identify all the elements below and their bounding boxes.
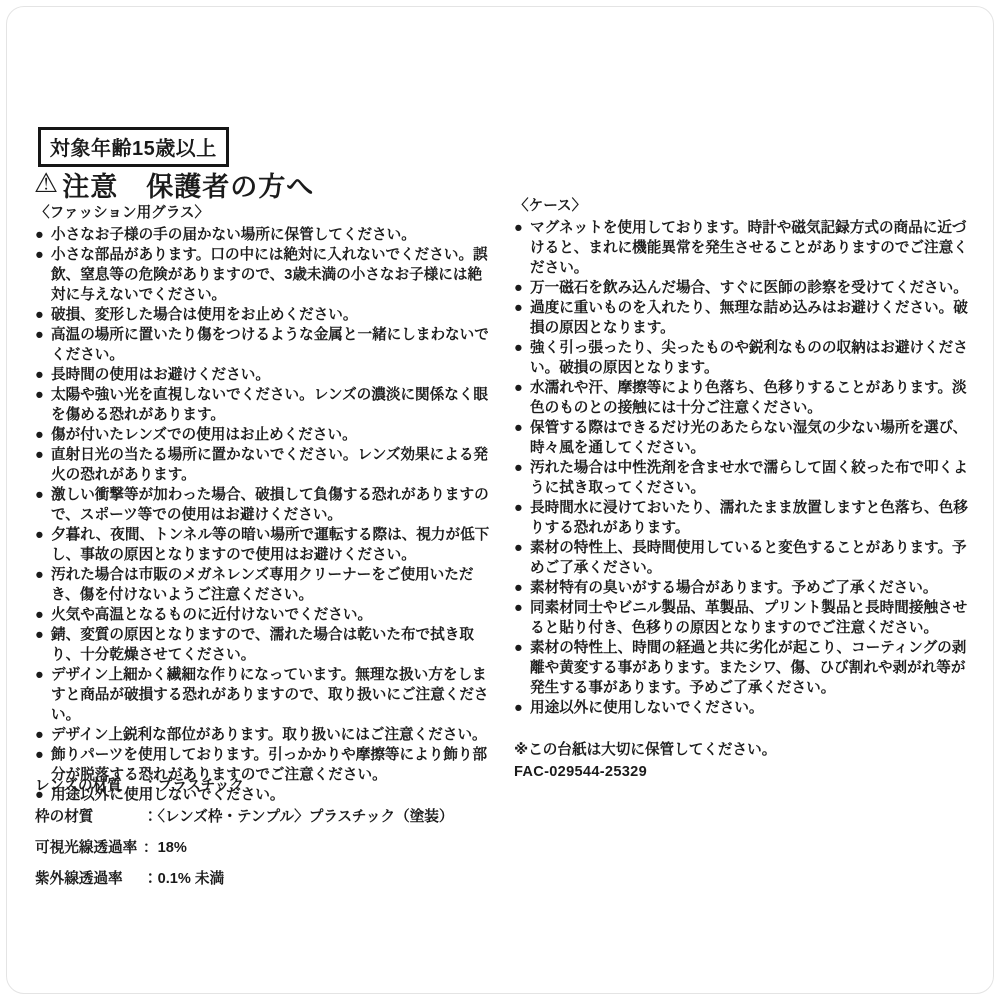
age-restriction-label: 対象年齢15歳以上 [50,138,217,160]
warning-item-text: 素材の特性上、時間の経過と共に劣化が起こり、コーティングの剥離や黄変する事があり… [530,638,968,698]
warning-item: ● 破損、変形した場合は使用をお止めください。 [35,305,493,325]
warning-item-text: 素材特有の臭いがする場合があります。予めご了承ください。 [530,578,968,598]
footer-block: ※この台紙は大切に保管してください。 FAC-029544-25329 [514,739,968,783]
case-warning-list: ● マグネットを使用しております。時計や磁気記録方式の商品に近づけると、まれに機… [514,218,968,718]
spec-value: ：0.1% 未満 [143,869,453,889]
warning-item-text: 錆、変質の原因となりますので、濡れた場合は乾いた布で拭き取り、十分乾燥させてくだ… [51,625,493,665]
warning-item-text: マグネットを使用しております。時計や磁気記録方式の商品に近づけると、まれに機能異… [530,218,968,278]
bullet-icon: ● [514,498,530,518]
caution-heading-text: 注意 保護者の方へ [62,165,314,204]
warning-item-text: 長時間水に浸けておいたり、濡れたまま放置しますと色落ち、色移りする恐れがあります… [530,498,968,538]
glasses-section: 〈ファッション用グラス〉 ● 小さなお子様の手の届かない場所に保管してください。… [35,203,493,805]
warning-item-text: 汚れた場合は中性洗剤を含ませ水で濡らして固く絞った布で叩くように拭き取ってくださ… [530,458,968,498]
warning-item: ● デザイン上細かく繊細な作りになっています。無理な扱い方をしますと商品が破損す… [35,665,493,725]
bullet-icon: ● [514,278,530,298]
warning-item: ● 直射日光の当たる場所に置かないでください。レンズ効果による発火の恐れがありま… [35,445,493,485]
warning-item-text: 火気や高温となるものに近付けないでください。 [51,605,493,625]
warning-item: ● 小さなお子様の手の届かない場所に保管してください。 [35,225,493,245]
spec-label: レンズの材質 [35,776,143,796]
warning-item: ● 万一磁石を飲み込んだ場合、すぐに医師の診察を受けてください。 [514,278,968,298]
spec-value: ：〈レンズ枠・テンプル〉プラスチック（塗装） [143,807,453,827]
bullet-icon: ● [514,218,530,238]
warning-item: ● 激しい衝撃等が加わった場合、破損して負傷する恐れがありますので、スポーツ等で… [35,485,493,525]
warning-item: ● 傷が付いたレンズでの使用はお止めください。 [35,425,493,445]
warning-item: ● 汚れた場合は中性洗剤を含ませ水で濡らして固く絞った布で叩くように拭き取ってく… [514,458,968,498]
warning-triangle-icon: ⚠ [34,170,59,197]
case-section: 〈ケース〉 ● マグネットを使用しております。時計や磁気記録方式の商品に近づける… [514,196,968,783]
bullet-icon: ● [35,365,51,385]
warning-item: ● 保管する際はできるだけ光のあたらない湿気の少ない場所を選び、時々風を通してく… [514,418,968,458]
warning-item: ● 用途以外に使用しないでください。 [514,698,968,718]
caution-sheet: 対象年齢15歳以上 ⚠ 注意 保護者の方へ 〈ファッション用グラス〉 ● 小さな… [0,0,1000,1000]
bullet-icon: ● [35,725,51,745]
warning-item-text: 過度に重いものを入れたり、無理な詰め込みはお避けください。破損の原因となります。 [530,298,968,338]
warning-item-text: 直射日光の当たる場所に置かないでください。レンズ効果による発火の恐れがあります。 [51,445,493,485]
warning-item-text: 太陽や強い光を直視しないでください。レンズの濃淡に関係なく眼を傷める恐れがありま… [51,385,493,425]
warning-item-text: 汚れた場合は市販のメガネレンズ専用クリーナーをご使用いただき、傷を付けないようご… [51,565,493,605]
warning-item-text: 小さなお子様の手の届かない場所に保管してください。 [51,225,493,245]
material-specs: レンズの材質 ：プラスチック 枠の材質 ：〈レンズ枠・テンプル〉プラスチック（塗… [35,776,453,900]
warning-item-text: 保管する際はできるだけ光のあたらない湿気の少ない場所を選び、時々風を通してくださ… [530,418,968,458]
bullet-icon: ● [514,378,530,398]
bullet-icon: ● [35,525,51,545]
bullet-icon: ● [35,445,51,465]
bullet-icon: ● [35,225,51,245]
bullet-icon: ● [35,325,51,345]
bullet-icon: ● [514,298,530,318]
warning-item-text: 長時間の使用はお避けください。 [51,365,493,385]
bullet-icon: ● [35,245,51,265]
warning-item-text: 強く引っ張ったり、尖ったものや鋭利なものの収納はお避けください。破損の原因となり… [530,338,968,378]
warning-item: ● 長時間の使用はお避けください。 [35,365,493,385]
spec-label: 可視光線透過率 [35,838,143,858]
warning-item-text: 高温の場所に置いたり傷をつけるような金属と一緒にしまわないでください。 [51,325,493,365]
warning-item: ● 錆、変質の原因となりますので、濡れた場合は乾いた布で拭き取り、十分乾燥させて… [35,625,493,665]
warning-item-text: 激しい衝撃等が加わった場合、破損して負傷する恐れがありますので、スポーツ等での使… [51,485,493,525]
spec-label: 紫外線透過率 [35,869,143,889]
warning-item: ● 素材の特性上、長時間使用していると変色することがあります。予めご了承ください… [514,538,968,578]
warning-item: ● 長時間水に浸けておいたり、濡れたまま放置しますと色落ち、色移りする恐れがあり… [514,498,968,538]
warning-item-text: 水濡れや汗、摩擦等により色落ち、色移りすることがあります。淡色のものとの接触には… [530,378,968,418]
bullet-icon: ● [514,598,530,618]
warning-item: ● 水濡れや汗、摩擦等により色落ち、色移りすることがあります。淡色のものとの接触… [514,378,968,418]
bullet-icon: ● [35,665,51,685]
bullet-icon: ● [514,538,530,558]
spec-value: ：プラスチック [143,776,453,796]
bullet-icon: ● [35,305,51,325]
bullet-icon: ● [514,458,530,478]
bullet-icon: ● [35,605,51,625]
warning-item-text: 用途以外に使用しないでください。 [530,698,968,718]
warning-item: ● デザイン上鋭利な部位があります。取り扱いにはご注意ください。 [35,725,493,745]
spec-row: 枠の材質 ：〈レンズ枠・テンプル〉プラスチック（塗装） [35,807,453,827]
warning-item: ● 高温の場所に置いたり傷をつけるような金属と一緒にしまわないでください。 [35,325,493,365]
bullet-icon: ● [35,485,51,505]
spec-value: ：18% [143,838,453,858]
warning-item-text: 素材の特性上、長時間使用していると変色することがあります。予めご了承ください。 [530,538,968,578]
warning-item: ● 過度に重いものを入れたり、無理な詰め込みはお避けください。破損の原因となりま… [514,298,968,338]
storage-note: ※この台紙は大切に保管してください。 [514,739,968,761]
bullet-icon: ● [35,745,51,765]
bullet-icon: ● [514,698,530,718]
warning-item-text: 同素材同士やビニル製品、革製品、プリント製品と長時間接触させると貼り付き、色移り… [530,598,968,638]
warning-item: ● 太陽や強い光を直視しないでください。レンズの濃淡に関係なく眼を傷める恐れがあ… [35,385,493,425]
glasses-warning-list: ● 小さなお子様の手の届かない場所に保管してください。 ● 小さな部品があります… [35,225,493,805]
warning-item-text: 小さな部品があります。口の中には絶対に入れないでください。誤飲、窒息等の危険があ… [51,245,493,305]
bullet-icon: ● [35,385,51,405]
bullet-icon: ● [35,565,51,585]
warning-item-text: デザイン上鋭利な部位があります。取り扱いにはご注意ください。 [51,725,493,745]
warning-item-text: 夕暮れ、夜間、トンネル等の暗い場所で運転する際は、視力が低下し、事故の原因となり… [51,525,493,565]
warning-item: ● 小さな部品があります。口の中には絶対に入れないでください。誤飲、窒息等の危険… [35,245,493,305]
spec-row: レンズの材質 ：プラスチック [35,776,453,796]
warning-item-text: 破損、変形した場合は使用をお止めください。 [51,305,493,325]
warning-item: ● 汚れた場合は市販のメガネレンズ専用クリーナーをご使用いただき、傷を付けないよ… [35,565,493,605]
warning-item: ● 同素材同士やビニル製品、革製品、プリント製品と長時間接触させると貼り付き、色… [514,598,968,638]
spec-row: 紫外線透過率 ：0.1% 未満 [35,869,453,889]
warning-item: ● 夕暮れ、夜間、トンネル等の暗い場所で運転する際は、視力が低下し、事故の原因と… [35,525,493,565]
caution-heading: ⚠ 注意 保護者の方へ [34,165,314,204]
warning-item: ● マグネットを使用しております。時計や磁気記録方式の商品に近づけると、まれに機… [514,218,968,278]
bullet-icon: ● [514,578,530,598]
warning-item: ● 素材の特性上、時間の経過と共に劣化が起こり、コーティングの剥離や黄変する事が… [514,638,968,698]
section-title-glasses: 〈ファッション用グラス〉 [35,203,493,223]
bullet-icon: ● [514,338,530,358]
spec-row: 可視光線透過率 ：18% [35,838,453,858]
warning-item: ● 素材特有の臭いがする場合があります。予めご了承ください。 [514,578,968,598]
warning-item-text: 万一磁石を飲み込んだ場合、すぐに医師の診察を受けてください。 [530,278,968,298]
section-title-case: 〈ケース〉 [514,196,968,216]
bullet-icon: ● [514,418,530,438]
bullet-icon: ● [35,425,51,445]
warning-item: ● 火気や高温となるものに近付けないでください。 [35,605,493,625]
product-code: FAC-029544-25329 [514,761,968,783]
bullet-icon: ● [514,638,530,658]
warning-item: ● 強く引っ張ったり、尖ったものや鋭利なものの収納はお避けください。破損の原因と… [514,338,968,378]
age-restriction-box: 対象年齢15歳以上 [38,127,229,167]
warning-item-text: 傷が付いたレンズでの使用はお止めください。 [51,425,493,445]
spec-label: 枠の材質 [35,807,143,827]
bullet-icon: ● [35,625,51,645]
warning-item-text: デザイン上細かく繊細な作りになっています。無理な扱い方をしますと商品が破損する恐… [51,665,493,725]
